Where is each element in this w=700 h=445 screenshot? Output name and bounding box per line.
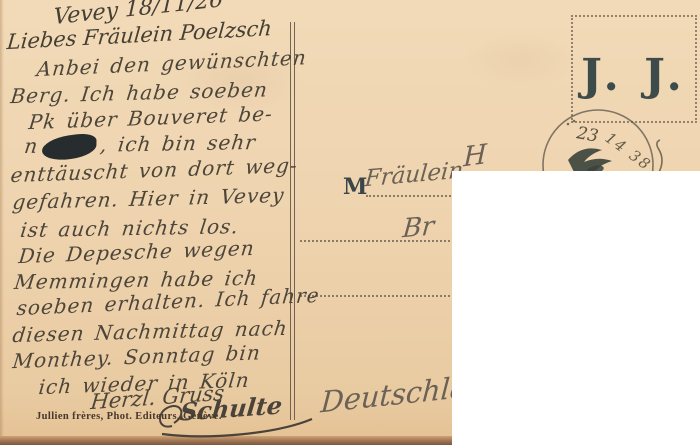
stray-pen-mark	[657, 140, 662, 174]
address-dotted-line	[300, 240, 458, 242]
message-line: Anbei den gewünschten	[36, 45, 308, 81]
divider-line	[290, 22, 295, 420]
message-text: n	[23, 134, 40, 158]
publisher-imprint: Jullien frères, Phot. Editeurs, Genève.	[36, 411, 222, 422]
message-line: gefahren. Hier in Vevey	[11, 183, 286, 214]
blank-overlay	[452, 171, 700, 445]
postmark-day: 23	[574, 123, 600, 147]
card-left-edge	[0, 0, 4, 445]
address-dotted-line	[366, 195, 458, 197]
ink-blot	[42, 131, 96, 162]
address-city-start: Br	[401, 211, 435, 244]
address-name-start: H	[463, 139, 487, 174]
postcard: Vevey 18/11/26 Liebes Fräulein Poelzsch …	[0, 0, 700, 445]
postmark-time: 14 38	[602, 129, 655, 175]
message-text: , ich bin sehr	[99, 130, 257, 157]
address-dotted-line	[300, 295, 458, 297]
address-addressee: Fräulein	[364, 157, 465, 192]
